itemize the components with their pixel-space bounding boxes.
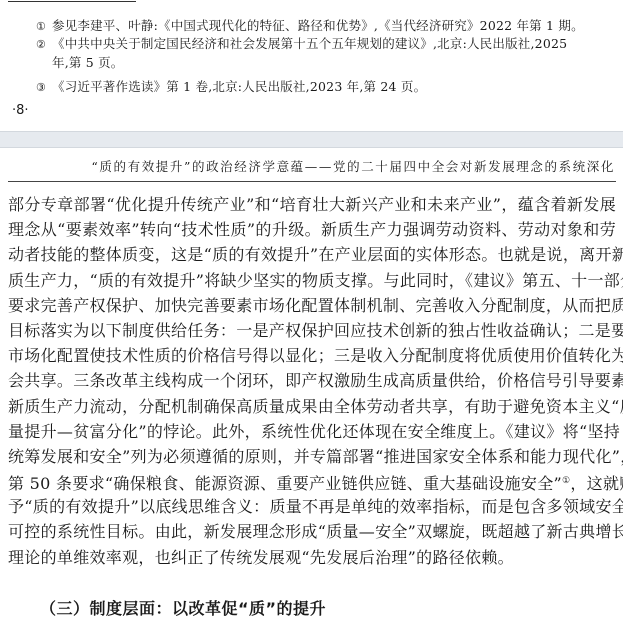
body-paragraph: 部分专章部署“优化提升传统产业”和“培育壮大新兴产业和未来产业”，蕴含着新发展 … (8, 192, 616, 570)
body-line: 会共享。三条改革主线构成一个闭环，即产权激励生成高质量供给，价格信号引导要素向 (8, 368, 616, 393)
body-line: 理论的单维效率观，也纠正了传统发展观“先发展后治理”的路径依赖。 (8, 545, 616, 570)
body-line: 部分专章部署“优化提升传统产业”和“培育壮大新兴产业和未来产业”，蕴含着新发展 (8, 192, 616, 217)
body-line: 动者技能的整体质变，这是“质的有效提升”在产业层面的实体形态。也就是说，离开新 (8, 242, 616, 267)
footnote-marker: ③ (36, 79, 52, 97)
body-line: 理念从“要素效率”转向“技术性质”的升级。新质生产力强调劳动资料、劳动对象和劳 (8, 217, 616, 242)
footnote-2-continuation: 年,第 5 页。 (52, 54, 623, 72)
header-rule (8, 181, 616, 182)
section-heading: （三）制度层面：以改革促“质”的提升 (40, 596, 326, 619)
footnote-1: ①参见李建平、叶静:《中国式现代化的特征、路径和优势》,《当代经济研究》2022… (36, 17, 616, 36)
footnote-text: 《习近平著作选读》第 1 卷,北京:人民出版社,2023 年,第 24 页。 (52, 79, 426, 94)
body-line-text: 第 50 条要求“确保粮食、能源资源、重要产业链供应链、重大基础设施安全” (8, 474, 562, 493)
page-gap (0, 131, 623, 148)
footnote-3: ③《习近平著作选读》第 1 卷,北京:人民出版社,2023 年,第 24 页。 (36, 78, 616, 97)
page-number: ·8· (12, 103, 29, 118)
footnote-marker: ② (36, 36, 52, 54)
body-line: 市场化配置使技术性质的价格信号得以显化；三是收入分配制度将优质使用价值转化为社 (8, 343, 616, 368)
footnote-separator-rule (8, 1, 136, 2)
body-line: 要求完善产权保护、加快完善要素市场化配置体制机制、完善收入分配制度，从而把质量 (8, 293, 616, 318)
running-header: “质的有效提升”的政治经济学意蕴——党的二十届四中全会对新发展理念的系统深化 (91, 157, 615, 175)
body-line-tail: ，这就赋 (570, 474, 623, 493)
footnote-marker: ① (36, 18, 52, 36)
previous-page-bottom: ①参见李建平、叶静:《中国式现代化的特征、路径和优势》,《当代经济研究》2022… (0, 0, 623, 131)
body-line: 目标落实为以下制度供给任务：一是产权保护回应技术创新的独占性收益确认；二是要素 (8, 318, 616, 343)
footnote-text: 参见李建平、叶静:《中国式现代化的特征、路径和优势》,《当代经济研究》2022 … (52, 18, 584, 33)
body-line: 予“质的有效提升”以底线思维含义：质量不再是单纯的效率指标，而是包含多领域安全 (8, 494, 616, 519)
footnote-text: 《中共中央关于制定国民经济和社会发展第十五个五年规划的建议》,北京:人民出版社,… (52, 36, 567, 51)
body-line: 可控的系统性目标。由此，新发展理念形成“质量—安全”双螺旋，既超越了新古典增长 (8, 519, 616, 544)
body-line: 量提升—贫富分化”的悖论。此外，系统性优化还体现在安全维度上。《建议》将“坚持 (8, 419, 616, 444)
body-line-with-footnote: 第 50 条要求“确保粮食、能源资源、重要产业链供应链、重大基础设施安全”①，这… (8, 469, 616, 494)
footnote-2: ②《中共中央关于制定国民经济和社会发展第十五个五年规划的建议》,北京:人民出版社… (36, 35, 616, 54)
body-line: 质生产力，“质的有效提升”将缺少坚实的物质支撑。与此同时，《建议》第五、十一部分 (8, 268, 616, 293)
body-line: 统筹发展和安全”列为必须遵循的原则，并专篇部署“推进国家安全体系和能力现代化”， (8, 444, 616, 469)
body-line: 新质生产力流动，分配机制确保高质量成果由全体劳动者共享，有助于避免资本主义“质 (8, 394, 616, 419)
